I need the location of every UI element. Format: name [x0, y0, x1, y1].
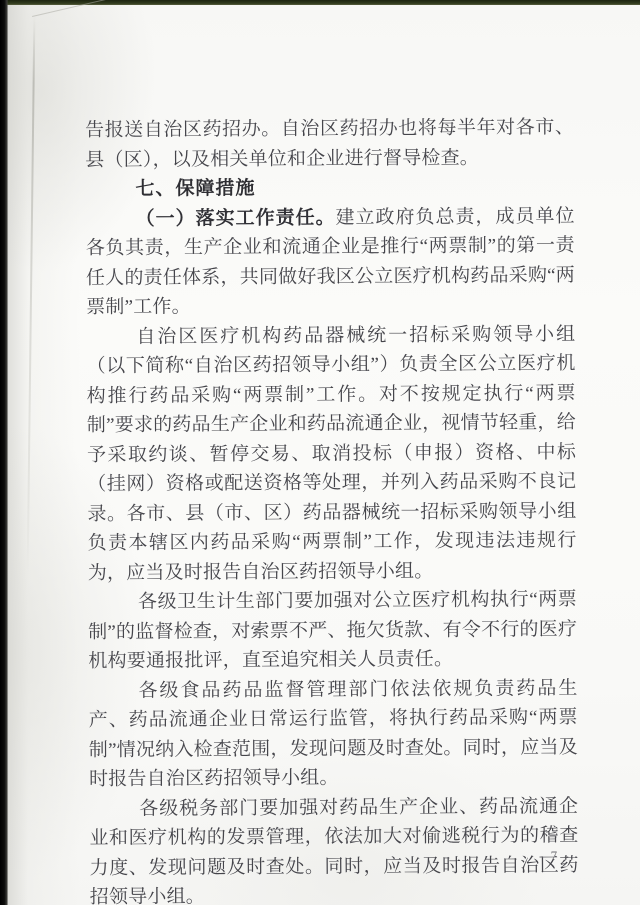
paper-crease: [27, 16, 36, 576]
scan-left-binding-edge: [0, 0, 8, 905]
document-body: 告报送自治区药招办。自治区药招办也将每半年对各市、县（区），以及相关单位和企业进…: [85, 113, 579, 905]
body-paragraph: （一）落实工作责任。建立政府负总责，成员单位各负其责，生产企业和流通企业是推行“…: [86, 202, 576, 323]
scanned-document-page: 告报送自治区药招办。自治区药招办也将每半年对各市、县（区），以及相关单位和企业进…: [0, 0, 640, 905]
paragraph-bold-lead: （一）落实工作责任。: [136, 207, 336, 229]
body-paragraph: 各级卫生计生部门要加强对公立医疗机构执行“两票制”的监督检查，对索票不严、拖欠货…: [88, 585, 578, 676]
section-heading: 七、保障措施: [85, 172, 574, 204]
page-number: - 7 -: [539, 848, 571, 864]
body-paragraph: 各级食品药品监督管理部门依法依规负责药品生产、药品流通企业日常运行监管，将执行药…: [88, 674, 578, 795]
body-paragraph-continuation: 告报送自治区药招办。自治区药招办也将每半年对各市、县（区），以及相关单位和企业进…: [85, 113, 574, 175]
body-paragraph: 各级税务部门要加强对药品生产企业、药品流通企业和医疗机构的发票管理，依法加大对偷…: [89, 792, 579, 905]
body-paragraph: 自治区医疗机构药品器械统一招标采购领导小组（以下简称“自治区药招领导小组”）负责…: [86, 320, 577, 588]
